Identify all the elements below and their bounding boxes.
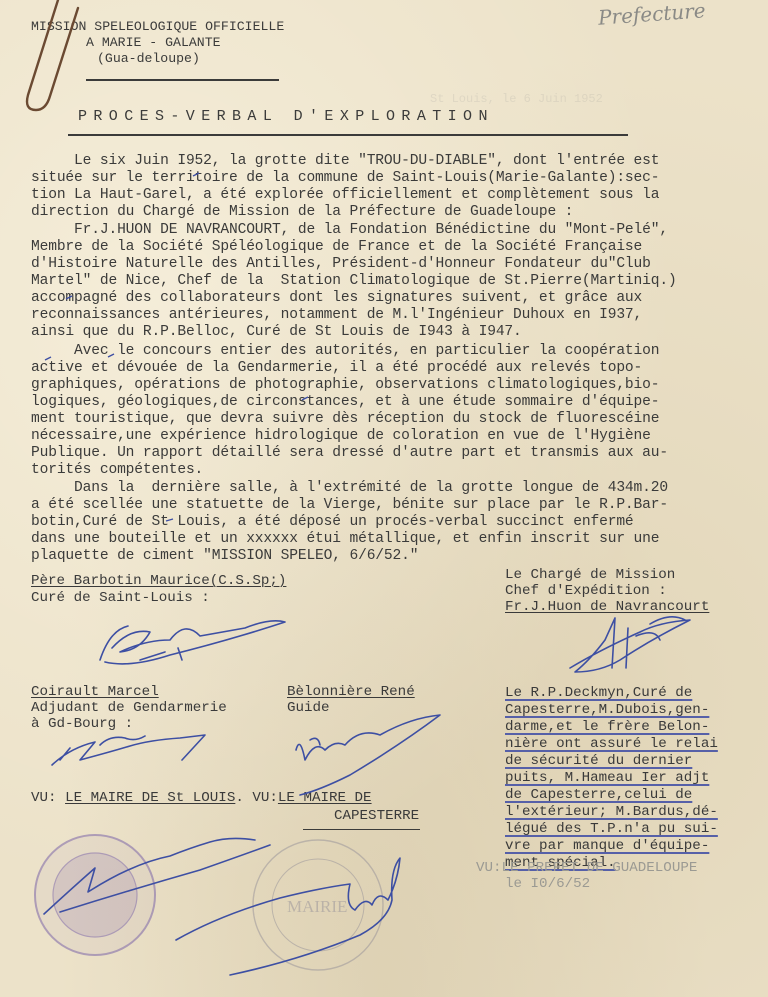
letterhead-line-1: MISSION SPELEOLOGIQUE OFFICIELLE (31, 18, 284, 35)
prefect-line: VU:LE PREFET DE GUADELOUPE (476, 860, 697, 877)
p2-line: active et dévouée de la Gendarmerie, il … (31, 360, 642, 377)
side-note-line: légué des T.P.n'a pu sui- (505, 821, 718, 838)
signature-belonniere (296, 715, 440, 795)
p3-line: a été scellée une statuette de la Vierge… (31, 497, 668, 514)
letterhead-rule (86, 79, 279, 81)
p2-line: graphiques, opérations de photographie, … (31, 377, 659, 394)
p1-line: Le six Juin I952, la grotte dite "TROU-D… (31, 153, 659, 170)
side-note-line: de Capesterre,celui de (505, 787, 692, 804)
signatory-role: à Gd-Bourg : (31, 716, 133, 733)
side-note-line: l'extérieur; M.Bardus,dé- (505, 804, 718, 821)
signatory-name: Coirault Marcel (31, 684, 159, 701)
p1-line: Membre de la Société Spéléologique de Fr… (31, 239, 642, 256)
bleed-through-text: St Louis, le 6 Juin 1952 (430, 92, 603, 106)
side-note-line: de sécurité du dernier (505, 753, 692, 770)
document-title: PROCES-VERBAL D'EXPLORATION (78, 108, 494, 125)
letterhead-line-2: A MARIE - GALANTE (86, 34, 221, 51)
punct: . (235, 790, 244, 806)
side-note-line: Le R.P.Deckmyn,Curé de (505, 685, 692, 702)
p3-line: dans une bouteille et un xxxxxx étui mét… (31, 531, 659, 548)
signatory-name: Bèlonnière René (287, 684, 415, 701)
signatory-role: Curé de Saint-Louis : (31, 590, 210, 607)
mayor-vu-line: VU: LE MAIRE DE St LOUIS. VU:LE MAIRE DE (31, 790, 372, 807)
signatory-role: Chef d'Expédition : (505, 583, 667, 600)
p2-line: torités compétentes. (31, 462, 203, 479)
p1-line: tion La Haut-Garel, a été explorée offic… (31, 187, 659, 204)
vu-label: VU: (244, 790, 278, 806)
p2-line: nécessaire,une expérience hidrologique d… (31, 428, 651, 445)
signatory-role: Guide (287, 700, 330, 717)
p3-line: Dans la dernière salle, à l'extrémité de… (31, 480, 668, 497)
signature-coirault (52, 735, 205, 765)
letterhead-line-3: (Gua-deloupe) (97, 50, 200, 67)
signatory-name: Père Barbotin Maurice(C.S.Sp;) (31, 573, 286, 590)
p1-line: direction du Chargé de Mission de la Pré… (31, 204, 573, 221)
svg-text:MAIRIE: MAIRIE (287, 897, 347, 916)
paperclip-icon (27, 0, 78, 110)
p1-line: située sur le territoire de la commune d… (31, 170, 659, 187)
p2-line: Publique. Un rapport détaillé sera dress… (31, 445, 668, 462)
signatory-role: Adjudant de Gendarmerie (31, 700, 227, 717)
p1-line: Martel" de Nice, Chef de la Station Clim… (31, 273, 677, 290)
capesterre-rule (303, 829, 420, 830)
p1-line: Fr.J.HUON DE NAVRANCOURT, de la Fondatio… (31, 222, 668, 239)
side-note-line: nière ont assuré le relai (505, 736, 718, 753)
side-note-line: darme,et le frère Belon- (505, 719, 709, 736)
pencil-annotation: Prefecture (597, 0, 706, 30)
vu-label: VU: (31, 790, 65, 806)
mayor-capesterre: LE MAIRE DE (278, 790, 372, 806)
stamp-mairie-capesterre: MAIRIE (253, 840, 383, 970)
mayor-capesterre-line2: CAPESTERRE (334, 808, 419, 825)
p1-line: reconnaissances antérieures, notamment d… (31, 307, 642, 324)
p2-line: Avec le concours entier des autorités, e… (31, 343, 659, 360)
signatory-name: Fr.J.Huon de Navrancourt (505, 599, 709, 616)
signature-huon (570, 617, 690, 672)
p2-line: logiques, géologiques,de circonstances, … (31, 394, 659, 411)
signature-mayor-capesterre (176, 858, 400, 975)
p2-line: ment touristique, que devra suivre dès r… (31, 411, 659, 428)
side-note-line: puits, M.Hameau Ier adjt (505, 770, 709, 787)
title-rule (68, 134, 628, 136)
p3-line: botin,Curé de St Louis, a été déposé un … (31, 514, 634, 531)
stamp-mairie-st-louis (35, 835, 155, 955)
prefect-date: le I0/6/52 (505, 876, 590, 893)
mayor-st-louis: LE MAIRE DE St LOUIS (65, 790, 235, 806)
side-note-line: Capesterre,M.Dubois,gen- (505, 702, 709, 719)
p1-line: d'Histoire Naturelle des Antilles, Prési… (31, 256, 651, 273)
p3-line: plaquette de ciment "MISSION SPELEO, 6/6… (31, 548, 418, 565)
signature-mayor-st-louis (44, 838, 270, 914)
p1-line: accompagné des collaborateurs dont les s… (31, 290, 642, 307)
side-note-line: vre par manque d'équipe- (505, 838, 709, 855)
signature-barbotin (100, 621, 285, 664)
p1-line: ainsi que du R.P.Belloc, Curé de St Loui… (31, 324, 522, 341)
signatory-role: Le Chargé de Mission (505, 567, 675, 584)
